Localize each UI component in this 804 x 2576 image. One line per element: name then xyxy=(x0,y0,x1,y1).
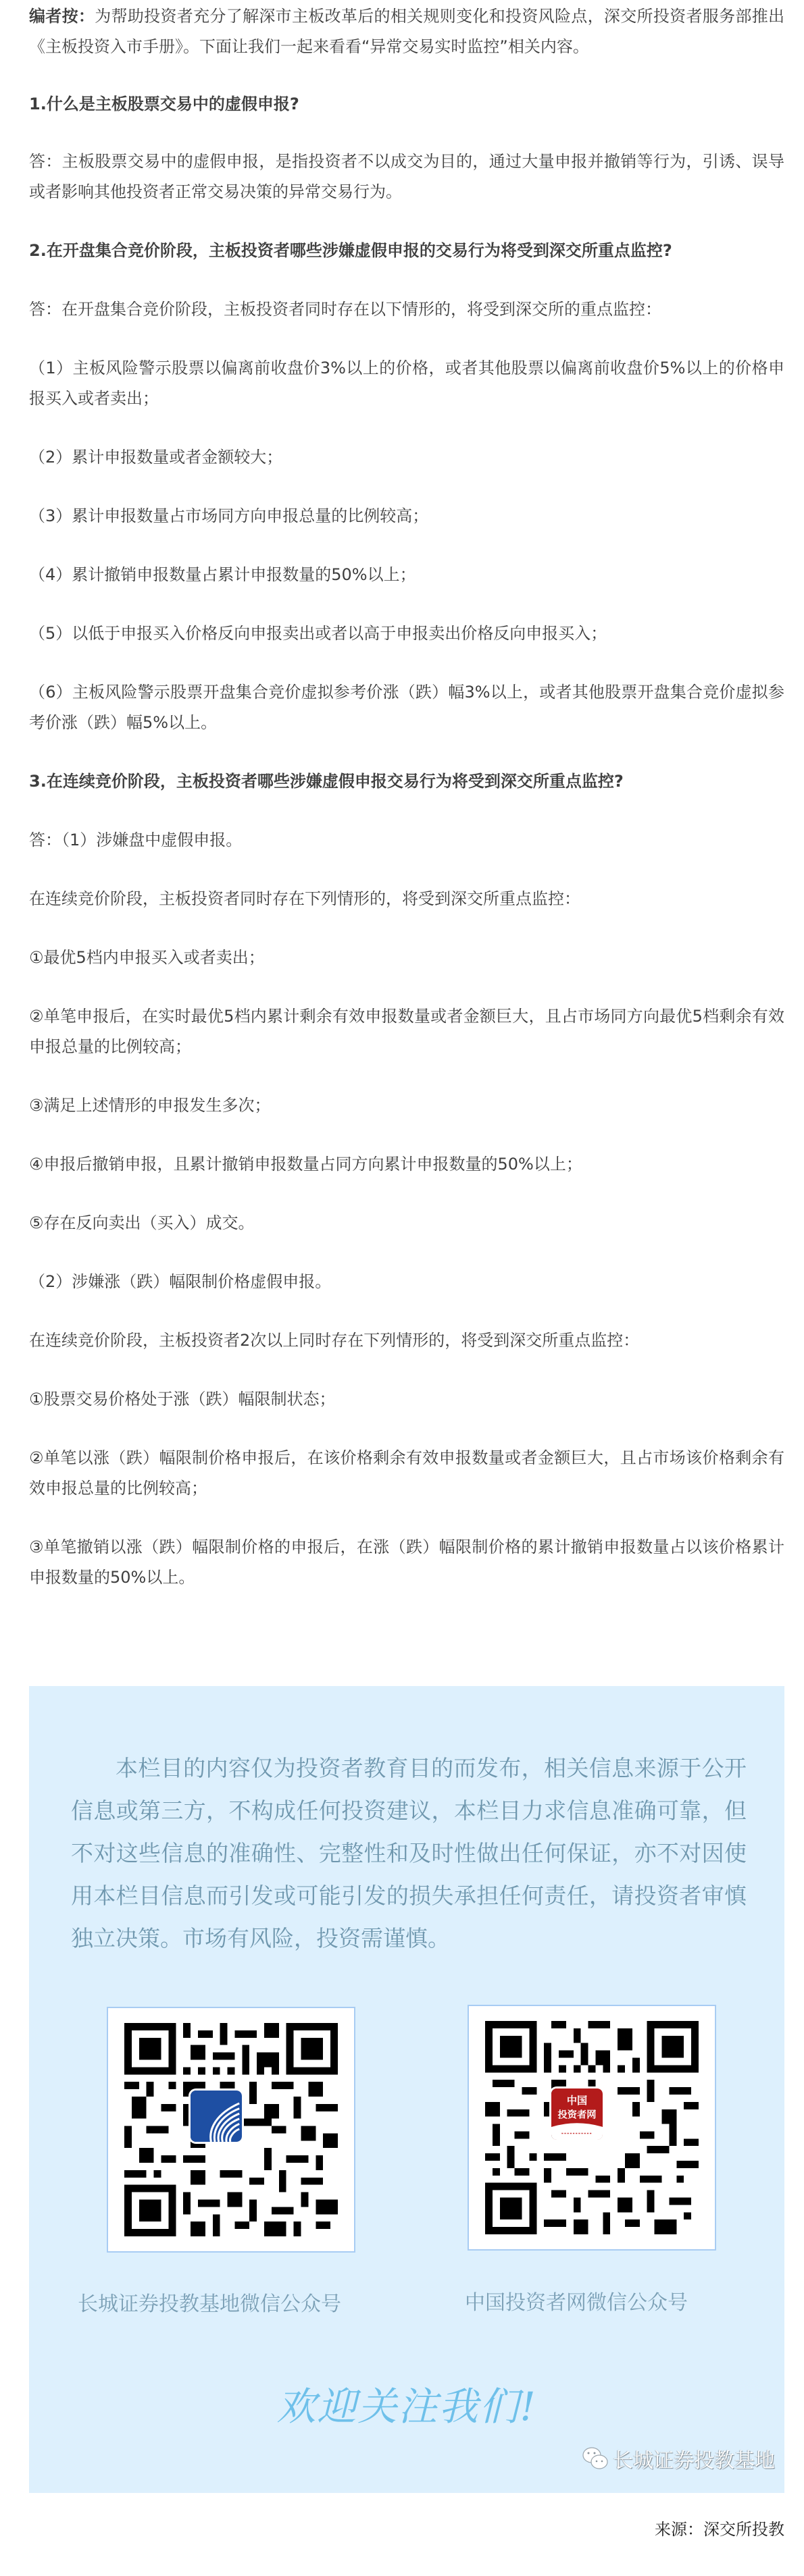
answer-2-item: （2）累计申报数量或者金额较大； xyxy=(29,442,784,473)
wechat-icon xyxy=(582,2446,609,2471)
question-1: 1.什么是主板股票交易中的虚假申报? xyxy=(29,89,784,120)
answer-3-part1-item: ④申报后撤销申报，且累计撤销申报数量占同方向累计申报数量的50%以上； xyxy=(29,1149,784,1180)
answer-3-part1-intro: 在连续竞价阶段，主板投资者同时存在下列情形的，将受到深交所重点监控： xyxy=(29,884,784,914)
answer-3-part2-item: ③单笔撤销以涨（跌）幅限制价格的申报后，在涨（跌）幅限制价格的累计撤销申报数量占… xyxy=(29,1532,784,1593)
answer-3-intro: 答：（1）涉嫌盘中虚假申报。 xyxy=(29,825,784,856)
editor-note-label: 编者按： xyxy=(29,7,95,26)
source-credit: 来源：深交所投教 xyxy=(655,2516,784,2540)
wechat-watermark: 长城证券投教基地 xyxy=(582,2444,775,2473)
answer-2-item: （6）主板风险警示股票开盘集合竞价虚拟参考价涨（跌）幅3%以上，或者其他股票开盘… xyxy=(29,677,784,738)
svg-text:投资者网: 投资者网 xyxy=(557,2109,596,2121)
answer-3-part2-intro: 在连续竞价阶段，主板投资者2次以上同时存在下列情形的，将受到深交所重点监控： xyxy=(29,1325,784,1356)
answer-3-part2-title: （2）涉嫌涨（跌）幅限制价格虚假申报。 xyxy=(29,1267,784,1297)
answer-3-part2-item: ②单笔以涨（跌）幅限制价格申报后，在该价格剩余有效申报数量或者金额巨大，且占市场… xyxy=(29,1443,784,1504)
great-wall-securities-logo-icon xyxy=(191,2091,242,2142)
editor-note: 编者按：为帮助投资者充分了解深市主板改革后的相关规则变化和投资风险点，深交所投资… xyxy=(29,1,784,62)
question-3: 3.在连续竞价阶段，主板投资者哪些涉嫌虚假申报交易行为将受到深交所重点监控? xyxy=(29,766,784,797)
china-investor-net-logo-icon: 中国 投资者网 xyxy=(551,2088,603,2140)
answer-1: 答：主板股票交易中的虚假申报，是指投资者不以成交为目的，通过大量申报并撤销等行为… xyxy=(29,147,784,207)
qr-caption-china-investor-net: 中国投资者网微信公众号 xyxy=(465,2286,688,2315)
svg-text:中国: 中国 xyxy=(567,2095,587,2107)
question-2: 2.在开盘集合竞价阶段，主板投资者哪些涉嫌虚假申报的交易行为将受到深交所重点监控… xyxy=(29,236,784,266)
qr-card-china-investor-net: 中国 投资者网 xyxy=(468,2005,716,2251)
disclaimer-panel: 本栏目的内容仅为投资者教育目的而发布，相关信息来源于公开信息或第三方，不构成任何… xyxy=(29,1686,784,2493)
answer-3-part1-item: ①最优5档内申报买入或者卖出； xyxy=(29,943,784,973)
answer-3-part1-item: ②单笔申报后，在实时最优5档内累计剩余有效申报数量或者金额巨大，且占市场同方向最… xyxy=(29,1001,784,1062)
answer-2-item: （1）主板风险警示股票以偏离前收盘价3%以上的价格，或者其他股票以偏离前收盘价5… xyxy=(29,353,784,414)
welcome-slogan: 欢迎关注我们! xyxy=(29,2375,784,2432)
answer-2-intro: 答：在开盘集合竞价阶段，主板投资者同时存在以下情形的，将受到深交所的重点监控： xyxy=(29,294,784,325)
article-body: 编者按：为帮助投资者充分了解深市主板改革后的相关规则变化和投资风险点，深交所投资… xyxy=(29,0,784,1593)
watermark-text: 长城证券投教基地 xyxy=(613,2444,775,2473)
disclaimer-text: 本栏目的内容仅为投资者教育目的而发布，相关信息来源于公开信息或第三方，不构成任何… xyxy=(71,1747,747,1960)
answer-3-part1-item: ③满足上述情形的申报发生多次； xyxy=(29,1090,784,1121)
answer-2-item: （4）累计撤销申报数量占累计申报数量的50%以上； xyxy=(29,560,784,590)
answer-2-item: （5）以低于申报买入价格反向申报卖出或者以高于申报卖出价格反向申报买入； xyxy=(29,619,784,649)
qr-caption-great-wall: 长城证券投教基地微信公众号 xyxy=(78,2287,341,2317)
answer-2-item: （3）累计申报数量占市场同方向申报总量的比例较高； xyxy=(29,501,784,531)
answer-3-part1-item: ⑤存在反向卖出（买入）成交。 xyxy=(29,1208,784,1238)
answer-3-part2-item: ①股票交易价格处于涨（跌）幅限制状态； xyxy=(29,1384,784,1415)
editor-note-text: 为帮助投资者充分了解深市主板改革后的相关规则变化和投资风险点，深交所投资者服务部… xyxy=(29,7,784,56)
qr-card-great-wall xyxy=(107,2007,355,2253)
